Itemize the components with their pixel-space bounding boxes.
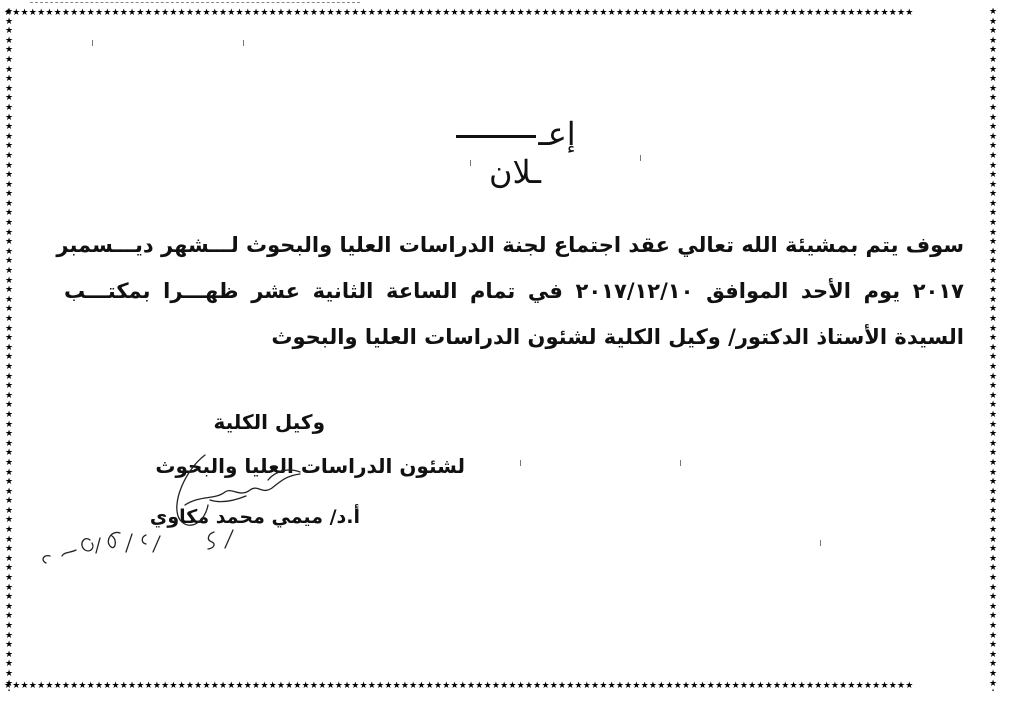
scan-speck xyxy=(470,160,471,166)
signatory-name: أ.د/ ميمي محمد مكاوي xyxy=(150,506,360,528)
scan-artifact-line xyxy=(30,2,360,5)
body-line-3: السيدة الأستاذ الدكتور/ وكيل الكلية لشئو… xyxy=(64,314,964,360)
scan-speck xyxy=(680,460,681,466)
scan-speck xyxy=(640,155,641,161)
scan-speck xyxy=(243,40,244,46)
scan-speck xyxy=(520,460,521,466)
scan-speck xyxy=(820,540,821,546)
star-border-right: ★★★★★★★★★★★★★★★★★★★★★★★★★★★★★★★★★★★★★★★★… xyxy=(988,8,998,691)
announcement-body: سوف يتم بمشيئة الله تعالي عقد اجتماع لجن… xyxy=(64,222,964,360)
star-border-left: ★★★★★★★★★★★★★★★★★★★★★★★★★★★★★★★★★★★★★★★★… xyxy=(4,8,14,691)
star-border-top: ★★★★★★★★★★★★★★★★★★★★★★★★★★★★★★★★★★★★★★★★… xyxy=(4,8,998,18)
signatory-role: وكيل الكلية xyxy=(214,410,326,434)
star-border-bottom: ★★★★★★★★★★★★★★★★★★★★★★★★★★★★★★★★★★★★★★★★… xyxy=(4,681,998,691)
title-kashida-stroke xyxy=(456,135,536,138)
signatory-department: لشئون الدراسات العليا والبحوث xyxy=(155,454,465,478)
title-part-start: إعـ xyxy=(538,115,575,153)
announcement-title: إعــلان xyxy=(430,115,600,191)
body-line-2: ٢٠١٧ يوم الأحد الموافق ٢٠١٧/١٢/١٠ في تما… xyxy=(64,268,964,314)
scan-speck xyxy=(92,40,93,46)
title-part-end: ـلان xyxy=(489,153,541,191)
body-line-1: سوف يتم بمشيئة الله تعالي عقد اجتماع لجن… xyxy=(64,222,964,268)
